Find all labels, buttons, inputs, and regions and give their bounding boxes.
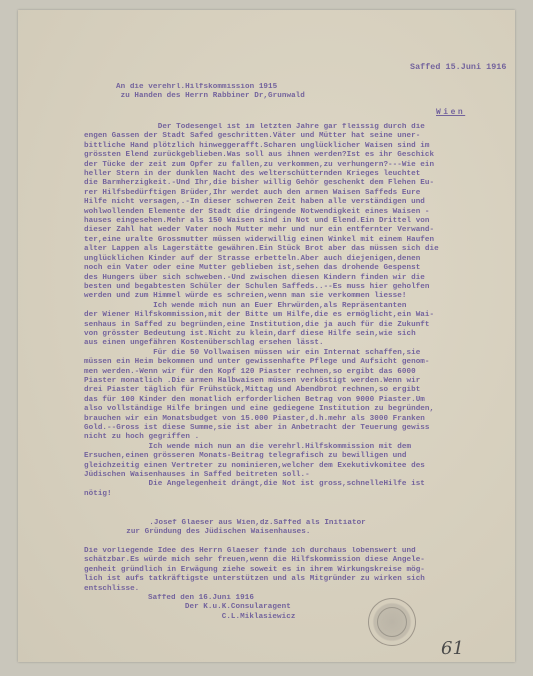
official-stamp-icon [368, 598, 416, 646]
recipient-city: Wien [436, 108, 465, 117]
stamp-inner-ring [377, 607, 407, 637]
page-number: 61 [441, 638, 464, 659]
letter-body: Der Todesengel ist im letzten Jahre gar … [84, 123, 439, 499]
consul-endorsement: Die vorliegende Idee des Herrn Glaeser f… [84, 547, 425, 594]
recipient-address: An die verehrl.Hilfskommission 1915 zu H… [116, 83, 305, 102]
closing-signature: Saffed den 16.Juni 1916 Der K.u.K.Consul… [148, 594, 295, 622]
date-line: Saffed 15.Juni 1916 [410, 63, 506, 72]
letter-page: Saffed 15.Juni 1916 An die verehrl.Hilfs… [18, 10, 515, 662]
signature-initiator: .Josef Glaeser aus Wien,dz.Saffed als In… [117, 519, 366, 538]
